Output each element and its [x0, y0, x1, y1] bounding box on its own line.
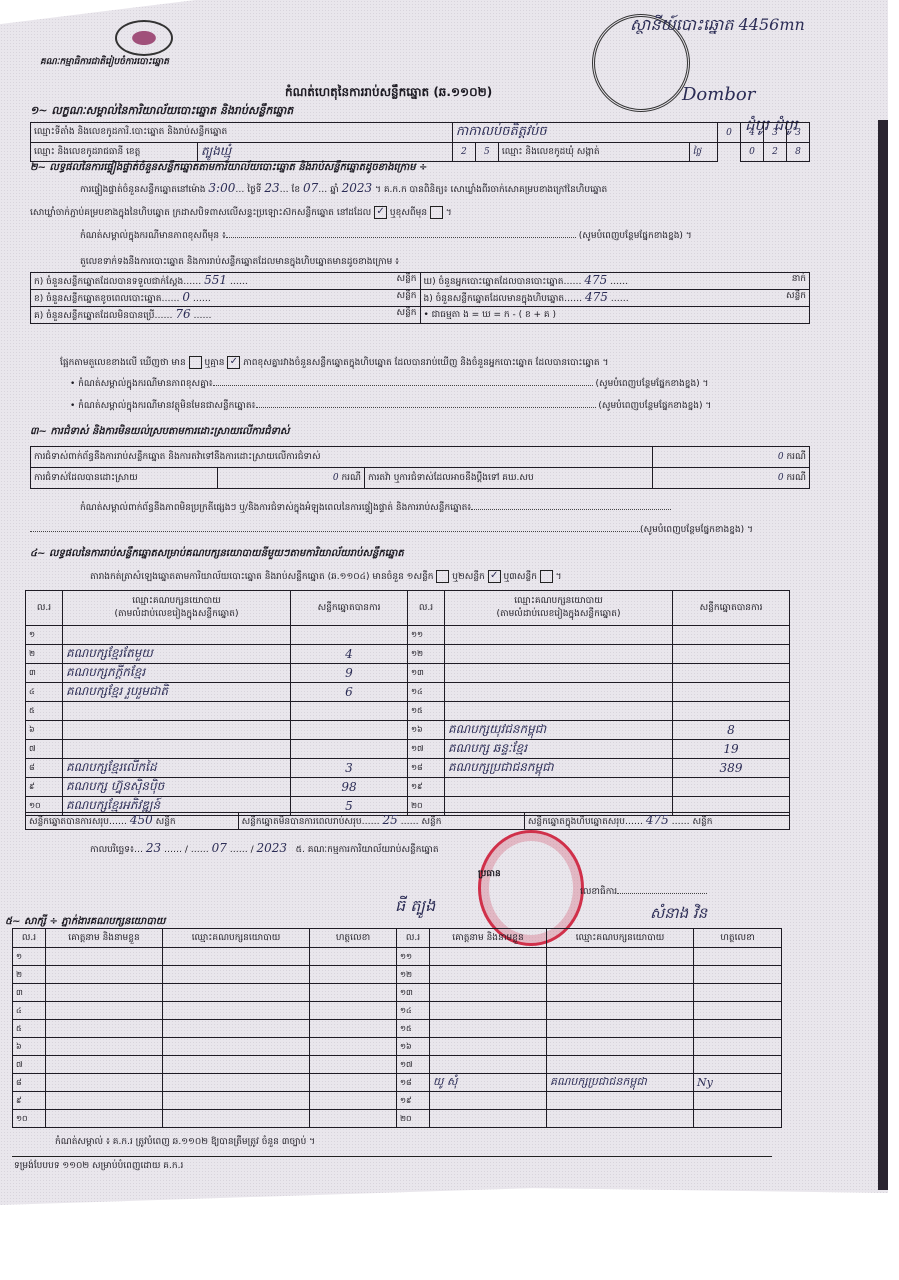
handwritten-place: Dombor	[682, 84, 755, 105]
table-row: ៨១៨យូ សុំគណបក្សប្រជាជនកម្ពុជាNy	[13, 1074, 782, 1092]
commune-code-2: 8	[787, 143, 810, 162]
result-party: គណបក្សយុវជនកម្ពុជា	[445, 721, 673, 740]
commune-code-0: 0	[741, 143, 764, 162]
witness-name	[46, 1002, 163, 1020]
result-party: គណបក្សប្រជាជនកម្ពុជា	[445, 759, 673, 778]
witness-no: ១	[13, 948, 46, 966]
col-no: ល.រ	[408, 591, 445, 626]
result-votes	[291, 721, 408, 740]
invalid-total-value: 25	[382, 813, 397, 827]
witness-no: ១៨	[397, 1074, 430, 1092]
count-row-kha: ខ) ចំនួនសន្លឹកឆ្នោតខូចពេលបោះឆ្នោត…… 0 ………	[31, 290, 421, 307]
count-unit: នាក់	[792, 273, 806, 286]
sheets-2-label: ឬ២សន្លឹក	[452, 572, 485, 582]
col-name: គោត្តនាម និងនាមខ្លួន	[430, 929, 547, 948]
result-no: ១៣	[408, 664, 445, 683]
note-mismatch-line: • កំណត់សម្គាល់ក្នុងករណីមានភាពខុសគ្នា៖ (ស…	[70, 378, 810, 390]
result-party: គណបក្សខ្មែរតែមួយ	[63, 645, 291, 664]
unit-label: ករណី	[786, 473, 806, 483]
count-label: ង) ចំនួនសន្លឹកឆ្នោតដែលមានក្នុងហិបឆ្នោត	[424, 294, 565, 304]
col-party: ឈ្មោះគណបក្សនយោបាយ(តាមលំដាប់លេខរៀងក្នុងសន…	[445, 591, 673, 626]
resolved-count: 0	[333, 473, 339, 483]
box-total: សន្លឹកឆ្នោតក្នុងហិបឆ្នោតសរុប…… 475 …… សន…	[524, 813, 789, 830]
unit-label: សន្លឹក	[692, 817, 712, 827]
result-party: គណបក្ស ឆន្ទៈខ្មែរ	[445, 740, 673, 759]
result-no: ៨	[26, 759, 63, 778]
resolved-value: 0 ករណី	[218, 468, 365, 489]
count-unit: សន្លឹក	[397, 273, 417, 286]
appeal-value: 0 ករណី	[653, 468, 810, 489]
footer-divider	[12, 1156, 772, 1157]
result-no: ៤	[26, 683, 63, 702]
witness-sign	[694, 1002, 782, 1020]
diff-text-a: ផ្អែកតាមតួលេខខាងលើ ឃើញថា មាន	[60, 358, 186, 368]
commune-value: ថ្លៃ	[689, 143, 717, 162]
year-label: ឆ្នាំ	[330, 185, 339, 195]
result-party	[63, 721, 291, 740]
witness-party	[547, 1092, 694, 1110]
verify-text-a: ការផ្ទៀងផ្ទាត់ចំនួនសន្លឹកឆ្នោតនៅម៉ោង	[80, 185, 206, 195]
witness-no: ៦	[13, 1038, 46, 1056]
table-row: ៦១៦គណបក្សយុវជនកម្ពុជា8	[26, 721, 790, 740]
seal-line: សោឃ្លាំចាក់ភ្ជាប់គម្របខាងក្នុងនៃហិបឆ្នោត…	[30, 206, 452, 219]
result-votes	[673, 683, 790, 702]
result-no: ១៧	[408, 740, 445, 759]
section3-title: ៣~ ការជំទាស់ និងការមិនយល់ស្របតាមការដោះស្…	[30, 424, 290, 439]
count-label: គ) ចំនួនសន្លឹកឆ្នោតដែលមិនបានប្រើ	[34, 311, 154, 321]
result-votes	[673, 664, 790, 683]
col-votes: សន្លឹកឆ្នោតបានការ	[673, 591, 790, 626]
table-row: ៧១៧	[13, 1056, 782, 1074]
witness-no: ៤	[13, 1002, 46, 1020]
valid-total-value: 450	[130, 813, 153, 827]
verify-month: 07	[303, 181, 318, 195]
verify-year: 2023	[342, 181, 373, 195]
verify-text-b: ។ គ.ក.ក បានពិនិត្យ៖ សោឃ្លាំងពីរចាក់សោគម្…	[375, 185, 607, 195]
witness-sign	[310, 1020, 397, 1038]
witness-party	[547, 1038, 694, 1056]
witness-no: ២	[13, 966, 46, 984]
col-sign: ហត្ថលេខា	[310, 929, 397, 948]
witness-sign	[694, 984, 782, 1002]
witness-name	[46, 1092, 163, 1110]
result-votes: 98	[291, 778, 408, 797]
witness-no: ១២	[397, 966, 430, 984]
table-row: ៦១៦	[13, 1038, 782, 1056]
result-no: ១២	[408, 645, 445, 664]
note-mismatch: • កំណត់សម្គាល់ក្នុងករណីមានភាពខុសគ្នា៖	[70, 379, 213, 389]
witness-sign	[694, 1020, 782, 1038]
witness-sign	[694, 1056, 782, 1074]
witness-party	[547, 984, 694, 1002]
station-code-2: 3	[764, 123, 787, 143]
witness-party	[163, 966, 310, 984]
station-id-table: ឈ្មោះទីតាំង និងលេខកូដការិ.បោះឆ្នោត និងរា…	[30, 122, 810, 162]
witness-sign	[310, 1038, 397, 1056]
result-party: គណបក្ស ហ្វ៊ុនស៊ិនប៉ិច	[63, 778, 291, 797]
diff-has-checkbox[interactable]	[189, 356, 202, 369]
table-row: ២១២	[13, 966, 782, 984]
section1-title: ១~ លក្ខណៈសម្គាល់នៃការិយាល័យបោះឆ្នោត និងរ…	[30, 104, 293, 120]
count-row-kho: ឃ) ចំនួនអ្នកបោះឆ្នោតដែលបានបោះឆ្នោត…… 475…	[420, 273, 810, 290]
totals-row: សន្លឹកឆ្នោតបានការសរុប…… 450 សន្លឹក សន្លឹ…	[25, 812, 790, 830]
secretary-label-text: លេខាធិការ	[580, 887, 617, 897]
witness-name	[430, 966, 547, 984]
table-row: ៣១៣	[13, 984, 782, 1002]
witness-table: ល.រ គោត្តនាម និងនាមខ្លួន ឈ្មោះគណបក្សនយោប…	[12, 928, 782, 1128]
witness-name	[46, 1074, 163, 1092]
formula-row: • ជាធម្មតា ង = ឃ = ក - ( ខ + គ )	[420, 307, 810, 324]
witness-sign	[310, 948, 397, 966]
witness-party: គណបក្សប្រជាជនកម្ពុជា	[547, 1074, 694, 1092]
result-votes	[291, 702, 408, 721]
table-row: ៣គណបក្សភក្តីកខ្មែរ9១៣	[26, 664, 790, 683]
station-value: កាកាលប់ចតិត្តវប់ច	[452, 123, 717, 143]
witness-party	[163, 1002, 310, 1020]
stamp-annotation: ស្ថានីយ៍បោះឆ្នោត 4456mn	[630, 14, 805, 38]
section3-note-line: កំណត់សម្គាល់ពាក់ព័ន្ធនឹងភាពមិនប្រក្រតីផ្…	[80, 502, 810, 514]
col-party: ឈ្មោះគណបក្សនយោបាយ	[163, 929, 310, 948]
result-party	[445, 664, 673, 683]
witness-party	[163, 1074, 310, 1092]
result-votes	[673, 778, 790, 797]
sheets-3-checkbox[interactable]	[540, 570, 553, 583]
note-notballot-line: • កំណត់សម្គាល់ក្នុងករណីមានវត្ថុមិនមែនជាស…	[70, 400, 810, 412]
witness-party	[163, 1020, 310, 1038]
unit-label: សន្លឹក	[421, 817, 441, 827]
table-row: ២គណបក្សខ្មែរតែមួយ4១២	[26, 645, 790, 664]
witness-party	[547, 1020, 694, 1038]
appeal-count: 0	[778, 473, 784, 483]
result-votes	[673, 702, 790, 721]
witness-party	[163, 1110, 310, 1128]
fill-more-label: (សូមបំពេញបន្ថែមផ្នែកខាងខ្នង) ។	[598, 401, 711, 411]
box-total-value: 475	[646, 813, 669, 827]
result-party	[445, 626, 673, 645]
table-row: ១១១	[13, 948, 782, 966]
witness-party	[547, 1002, 694, 1020]
date-day: 23	[146, 841, 161, 855]
station-label: ឈ្មោះទីតាំង និងលេខកូដការិ.បោះឆ្នោត និងរា…	[31, 123, 453, 143]
result-votes	[291, 626, 408, 645]
nec-logo-icon	[115, 20, 173, 56]
witness-name	[430, 948, 547, 966]
diff-text-b: ភាពខុសគ្នារវាងចំនួនសន្លឹកឆ្នោតក្នុងហិបឆ្…	[243, 358, 608, 368]
witness-party	[163, 1056, 310, 1074]
witness-sign: Ny	[694, 1074, 782, 1092]
count-value: 551	[204, 273, 227, 287]
section5-note: កំណត់សម្គាល់ ៖ គ.ក.រ ត្រូវបំពេញ ឆ.១១០២ ឱ…	[55, 1136, 315, 1148]
result-votes: 6	[291, 683, 408, 702]
result-no: ១១	[408, 626, 445, 645]
col-party-sub: (តាមលំដាប់លេខរៀងក្នុងសន្លឹកឆ្នោត)	[497, 609, 621, 619]
result-votes: 389	[673, 759, 790, 778]
complaints-table: ការជំទាស់ពាក់ព័ន្ធនឹងការរាប់សន្លឹកឆ្នោត …	[30, 446, 810, 489]
sheets-2-checkbox[interactable]: ✓	[488, 570, 501, 583]
witness-no: ១៤	[397, 1002, 430, 1020]
table-row: ៨គណបក្សខ្មែរលើកដៃ3១៨គណបក្សប្រជាជនកម្ពុជា…	[26, 759, 790, 778]
invalid-total: សន្លឹកឆ្នោតមិនបានការពេលរាប់សរុប…… 25 …… …	[238, 813, 524, 830]
result-no: ១៤	[408, 683, 445, 702]
diff-none-checkbox[interactable]: ✓	[227, 356, 240, 369]
witness-no: ២០	[397, 1110, 430, 1128]
verify-time: 3:00	[208, 181, 235, 195]
ballot-count-table: ក) ចំនួនសន្លឹកឆ្នោតដែលបានទទួលជាក់ស្តែង………	[30, 272, 810, 324]
witness-party	[163, 948, 310, 966]
sheets-line: តារាងកត់ត្រាសំឡេងឆ្នោតតាមការិយាល័យបោះឆ្ន…	[90, 570, 562, 583]
result-no: ៥	[26, 702, 63, 721]
chair-label: ប្រធាន	[478, 868, 501, 880]
witness-party	[547, 966, 694, 984]
result-no: ៩	[26, 778, 63, 797]
witness-name	[430, 1002, 547, 1020]
seal-text: សោឃ្លាំចាក់ភ្ជាប់គម្របខាងក្នុងនៃហិបឆ្នោត…	[30, 208, 371, 218]
province-code-1: 5	[475, 143, 498, 162]
seal-other-label: ឬខុសពីមុន	[390, 208, 427, 218]
witness-name	[430, 1110, 547, 1128]
witness-name	[430, 1092, 547, 1110]
section5-title: ៥~ សាក្សី ÷ ភ្នាក់ងារគណបក្សនយោបាយ	[5, 914, 165, 929]
col-no: ល.រ	[13, 929, 46, 948]
table-row: ៤១៤	[13, 1002, 782, 1020]
note-diff-line: កំណត់សម្គាល់ក្នុងករណីមានភាពខុសពីមុន ៖ (ស…	[80, 230, 810, 242]
unit-label: សន្លឹក	[156, 817, 176, 827]
result-no: ១៨	[408, 759, 445, 778]
count-value: 475	[585, 290, 608, 304]
result-party	[63, 740, 291, 759]
result-votes: 3	[291, 759, 408, 778]
result-votes: 4	[291, 645, 408, 664]
box-total-label: សន្លឹកឆ្នោតក្នុងហិបឆ្នោតសរុប	[528, 817, 625, 827]
col-party-title: ឈ្មោះគណបក្សនយោបាយ	[132, 596, 221, 606]
table-row: ៥១៥	[26, 702, 790, 721]
date-line: កាលបរិច្ឆេទ៖… 23 …… / …… 07 …… / 2023 ៥.…	[90, 842, 439, 856]
count-unit: សន្លឹក	[397, 307, 417, 320]
col-party-sub: (តាមលំដាប់លេខរៀងក្នុងសន្លឹកឆ្នោត)	[115, 609, 239, 619]
count-unit: សន្លឹក	[786, 290, 806, 303]
witness-no: ១៥	[397, 1020, 430, 1038]
result-votes	[673, 626, 790, 645]
witness-sign	[310, 1074, 397, 1092]
count-row-ngo: ង) ចំនួនសន្លឹកឆ្នោតដែលមានក្នុងហិបឆ្នោត………	[420, 290, 810, 307]
result-party	[63, 626, 291, 645]
fill-more-label: (សូមបំពេញបន្ថែមផ្នែកខាងខ្នង) ។	[640, 525, 753, 535]
result-votes: 8	[673, 721, 790, 740]
fill-more-label: (សូមបំពេញបន្ថែមផ្នែកខាងខ្នង) ។	[596, 379, 709, 389]
section4-title: ៤~ លទ្ធផលនៃការរាប់សន្លឹកឆ្នោតសម្រាប់គណបក…	[30, 546, 404, 561]
count-label: ខ) ចំនួនសន្លឹកឆ្នោតខូចពេលបោះឆ្នោត	[34, 294, 161, 304]
secretary-signature: សំនាង វិន	[650, 904, 707, 926]
col-name: គោត្តនាម និងនាមខ្លួន	[46, 929, 163, 948]
result-party: គណបក្សខ្មែរលើកដៃ	[63, 759, 291, 778]
result-party: គណបក្សខ្មែរ រួបរួមជាតិ	[63, 683, 291, 702]
valid-total: សន្លឹកឆ្នោតបានការសរុប…… 450 សន្លឹក	[26, 813, 239, 830]
unit-label: ករណី	[786, 452, 806, 462]
appeal-label: ការតវ៉ា ឬការជំទាស់ដែលអាចនឹងប្តឹងទៅ គឃ.សប	[365, 468, 653, 489]
month-label: ខែ	[292, 185, 301, 195]
sheets-1-checkbox[interactable]	[436, 570, 449, 583]
witness-no: ៩	[13, 1092, 46, 1110]
count-unit: សន្លឹក	[397, 290, 417, 303]
commune-code-1: 2	[764, 143, 787, 162]
table-row: ៥១៥	[13, 1020, 782, 1038]
province-code-0: 2	[452, 143, 475, 162]
result-no: ៧	[26, 740, 63, 759]
count-value: 475	[584, 273, 607, 287]
result-votes	[673, 645, 790, 664]
fill-more-label: (សូមបំពេញបន្ថែមផ្នែកខាងខ្នង) ។	[579, 231, 692, 241]
province-label: ឈ្មោះ និងលេខកូដរាជធានី ខេត្ត	[31, 143, 198, 162]
result-party	[445, 683, 673, 702]
witness-sign	[310, 1002, 397, 1020]
result-party	[445, 702, 673, 721]
count-value: 76	[175, 307, 190, 321]
result-party	[445, 645, 673, 664]
complaints-value: 0 ករណី	[653, 447, 810, 468]
result-no: ៦	[26, 721, 63, 740]
party-results-table: ល.រ ឈ្មោះគណបក្សនយោបាយ(តាមលំដាប់លេខរៀងក្ន…	[25, 590, 790, 816]
diff-or-label: ឬគ្មាន	[204, 358, 224, 368]
witness-sign	[694, 948, 782, 966]
chair-signature: ធី ត្បូង	[395, 895, 435, 919]
witness-no: ១៧	[397, 1056, 430, 1074]
day-label: ថ្ងៃទី	[247, 185, 261, 195]
table-row: ៧១៧គណបក្ស ឆន្ទៈខ្មែរ19	[26, 740, 790, 759]
witness-sign	[694, 1110, 782, 1128]
witness-sign	[310, 984, 397, 1002]
result-party	[63, 702, 291, 721]
count-label: ក) ចំនួនសន្លឹកឆ្នោតដែលបានទទួលជាក់ស្តែង	[34, 277, 183, 287]
result-no: ១៥	[408, 702, 445, 721]
witness-name	[46, 1110, 163, 1128]
table-row: ១០២០	[13, 1110, 782, 1128]
table-row: ៩១៩	[13, 1092, 782, 1110]
section3-fill-line: (សូមបំពេញបន្ថែមផ្នែកខាងខ្នង) ។	[30, 524, 820, 536]
result-no: ៣	[26, 664, 63, 683]
station-code-3: 3	[787, 123, 810, 143]
org-name: គណៈកម្មាធិការជាតិរៀបចំការបោះឆ្នោត	[40, 56, 169, 68]
date-label: កាលបរិច្ឆេទ៖	[90, 845, 134, 855]
resolved-label: ការជំទាស់ដែលបានដោះស្រាយ	[31, 468, 218, 489]
province-value: ត្បូងឃ្មុំ	[198, 143, 453, 162]
secretary-label: លេខាធិការ	[580, 886, 707, 898]
col-party: ឈ្មោះគណបក្សនយោបាយ(តាមលំដាប់លេខរៀងក្នុងសន…	[63, 591, 291, 626]
witness-party	[163, 1092, 310, 1110]
col-no: ល.រ	[26, 591, 63, 626]
result-votes: 9	[291, 664, 408, 683]
section2-title: ២~ លទ្ធផលនៃការផ្ទៀងផ្ទាត់ចំនួនសន្លឹកឆ្នោ…	[30, 160, 427, 175]
complaints-count: 0	[778, 452, 784, 462]
result-no: ១៦	[408, 721, 445, 740]
empty-cell	[718, 143, 741, 162]
witness-name	[46, 966, 163, 984]
witness-name	[46, 1038, 163, 1056]
witness-sign	[310, 1110, 397, 1128]
col-sign: ហត្ថលេខា	[694, 929, 782, 948]
count-row-ka: ក) ចំនួនសន្លឹកឆ្នោតដែលបានទទួលជាក់ស្តែង………	[31, 273, 421, 290]
witness-name	[430, 1020, 547, 1038]
witness-sign	[310, 1056, 397, 1074]
complaints-label: ការជំទាស់ពាក់ព័ន្ធនឹងការរាប់សន្លឹកឆ្នោត …	[31, 447, 653, 468]
form-title: កំណត់ហេតុនៃការរាប់សន្លឹកឆ្នោត (ឆ.១១០២)	[285, 84, 492, 102]
date-month: 07	[212, 841, 227, 855]
commune-label: ឈ្មោះ និងលេខកូដឃុំ សង្កាត់	[498, 143, 689, 162]
result-no: ២	[26, 645, 63, 664]
table-row: ៤គណបក្សខ្មែរ រួបរួមជាតិ6១៤	[26, 683, 790, 702]
verify-day: 23	[264, 181, 279, 195]
witness-no: ១៦	[397, 1038, 430, 1056]
col-party-title: ឈ្មោះគណបក្សនយោបាយ	[514, 596, 603, 606]
station-code-0: 0	[718, 123, 741, 143]
committee-label: ៥. គណៈកម្មការការិយាល័យរាប់សន្លឹកឆ្នោត	[296, 845, 439, 855]
witness-name	[430, 1056, 547, 1074]
diff-line: ផ្អែកតាមតួលេខខាងលើ ឃើញថា មាន ឬគ្មាន ✓ ភា…	[60, 356, 820, 369]
seal-other-checkbox[interactable]	[430, 206, 443, 219]
table-row: ១១១	[26, 626, 790, 645]
result-party: គណបក្សភក្តីកខ្មែរ	[63, 664, 291, 683]
table-row: ៩គណបក្ស ហ្វ៊ុនស៊ិនប៉ិច98១៩	[26, 778, 790, 797]
witness-no: ១០	[13, 1110, 46, 1128]
result-no: ១	[26, 626, 63, 645]
form-footer: ទម្រង់បែបបទ ១១០២ សម្រាប់បំពេញដោយ គ.ក.រ	[14, 1160, 183, 1172]
result-no: ១៩	[408, 778, 445, 797]
witness-party	[547, 948, 694, 966]
witness-name	[46, 1056, 163, 1074]
witness-no: ៨	[13, 1074, 46, 1092]
note-notballot: • កំណត់សម្គាល់ក្នុងករណីមានវត្ថុមិនមែនជាស…	[70, 401, 256, 411]
witness-name	[46, 1020, 163, 1038]
col-votes: សន្លឹកឆ្នោតបានការ	[291, 591, 408, 626]
witness-sign	[310, 1092, 397, 1110]
count-label: ឃ) ចំនួនអ្នកបោះឆ្នោតដែលបានបោះឆ្នោត	[424, 277, 564, 287]
note-diff-label: កំណត់សម្គាល់ក្នុងករណីមានភាពខុសពីមុន ៖	[80, 231, 226, 241]
witness-name	[46, 948, 163, 966]
col-no: ល.រ	[397, 929, 430, 948]
witness-name	[46, 984, 163, 1002]
col-party: ឈ្មោះគណបក្សនយោបាយ	[547, 929, 694, 948]
unit-label: ករណី	[341, 473, 361, 483]
section3-note: កំណត់សម្គាល់ពាក់ព័ន្ធនឹងភាពមិនប្រក្រតីផ្…	[80, 503, 471, 513]
seal-intact-checkbox[interactable]: ✓	[374, 206, 387, 219]
witness-name: យូ សុំ	[430, 1074, 547, 1092]
result-party	[445, 778, 673, 797]
result-votes	[291, 740, 408, 759]
verification-line: ការផ្ទៀងផ្ទាត់ចំនួនសន្លឹកឆ្នោតនៅម៉ោង 3:0…	[80, 182, 607, 196]
witness-no: ១១	[397, 948, 430, 966]
witness-party	[547, 1056, 694, 1074]
witness-no: ១៩	[397, 1092, 430, 1110]
sheets-3-label: ឬ៣សន្លឹក	[504, 572, 537, 582]
witness-party	[163, 1038, 310, 1056]
count-row-ko: គ) ចំនួនសន្លឹកឆ្នោតដែលមិនបានប្រើ…… 76 ………	[31, 307, 421, 324]
result-votes: 19	[673, 740, 790, 759]
valid-total-label: សន្លឹកឆ្នោតបានការសរុប	[29, 817, 109, 827]
witness-sign	[694, 1038, 782, 1056]
witness-name	[430, 984, 547, 1002]
witness-party	[163, 984, 310, 1002]
witness-no: ១៣	[397, 984, 430, 1002]
witness-no: ៣	[13, 984, 46, 1002]
witness-sign	[310, 966, 397, 984]
invalid-total-label: សន្លឹកឆ្នោតមិនបានការពេលរាប់សរុប	[242, 817, 362, 827]
sheets-subtitle: តារាងកត់ត្រាសំឡេងឆ្នោតតាមការិយាល័យបោះឆ្ន…	[90, 572, 434, 582]
station-code-1: 4	[741, 123, 764, 143]
count-value: 0	[182, 290, 190, 304]
witness-name	[430, 1038, 547, 1056]
date-year: 2023	[257, 841, 288, 855]
witness-no: ៥	[13, 1020, 46, 1038]
numbers-intro: តួលេខទាក់ទងនឹងការបោះឆ្នោត និងការរាប់សន្ល…	[80, 256, 399, 268]
